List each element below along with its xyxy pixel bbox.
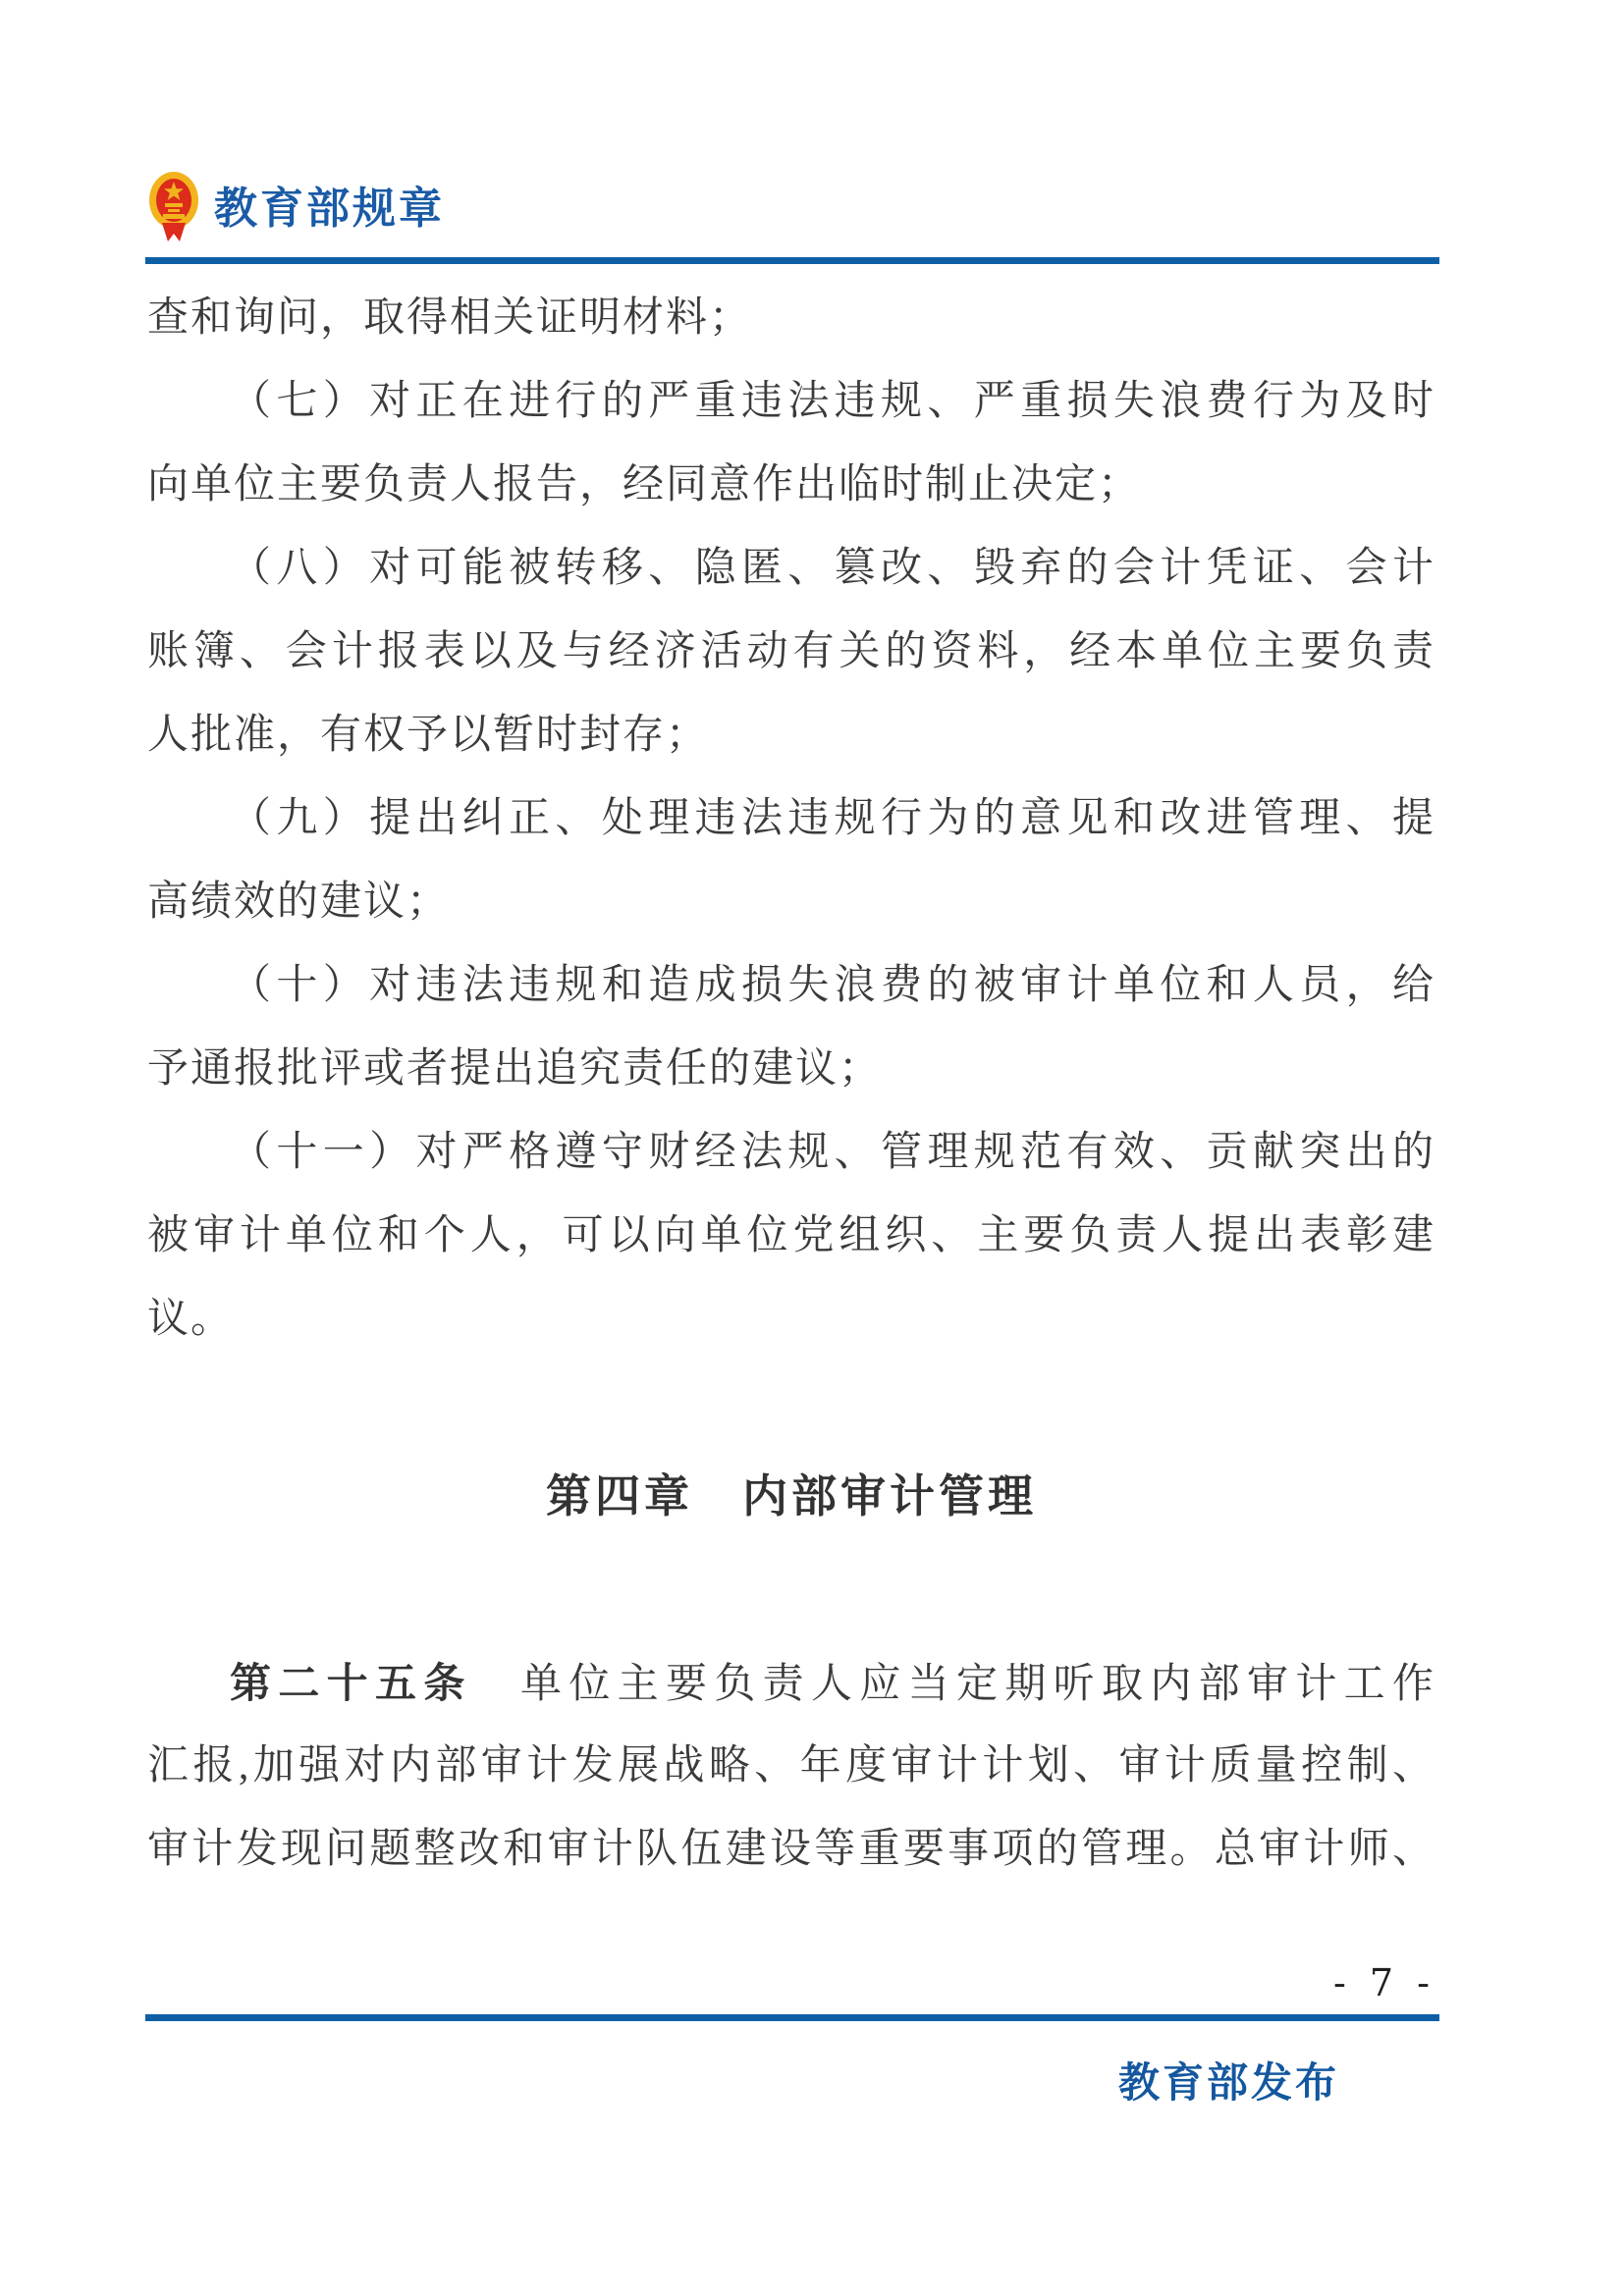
text-line: 查和询问，取得相关证明材料； <box>147 277 1435 360</box>
text-line: 账簿、会计报表以及与经济活动有关的资料，经本单位主要负责 <box>147 611 1435 694</box>
text-line: 被审计单位和个人，可以向单位党组织、主要负责人提出表彰建 <box>147 1195 1435 1278</box>
page-header: 教育部规章 <box>147 171 445 243</box>
text-line: 高绩效的建议； <box>147 861 1435 944</box>
text-line: 向单位主要负责人报告，经同意作出临时制止决定； <box>147 444 1435 527</box>
header-rule <box>145 257 1439 264</box>
text-line: 予通报批评或者提出追究责任的建议； <box>147 1028 1435 1111</box>
article-continuation: 汇报,加强对内部审计发展战略、年度审计计划、审计质量控制、审计发现问题整改和审计… <box>147 1725 1435 1892</box>
text-line: 人批准，有权予以暂时封存； <box>147 694 1435 777</box>
article-number: 第二十五条 <box>230 1660 472 1706</box>
page-title: 教育部规章 <box>214 184 445 231</box>
article-first-line: 第二十五条 单位主要负责人应当定期听取内部审计工作 <box>147 1641 1435 1725</box>
text-line: （九）提出纠正、处理违法违规行为的意见和改进管理、提 <box>147 777 1435 861</box>
text-line: 审计发现问题整改和审计队伍建设等重要事项的管理。总审计师、 <box>147 1808 1435 1892</box>
footer-rule <box>145 2014 1439 2021</box>
text-line: 议。 <box>147 1278 1435 1362</box>
text-line: （十）对违法违规和造成损失浪费的被审计单位和人员，给 <box>147 944 1435 1028</box>
article-first-line-text: 单位主要负责人应当定期听取内部审计工作 <box>472 1662 1435 1707</box>
text-line: 汇报,加强对内部审计发展战略、年度审计计划、审计质量控制、 <box>147 1725 1435 1808</box>
document-page: 教育部规章 查和询问，取得相关证明材料；（七）对正在进行的严重违法违规、严重损失… <box>0 0 1624 2296</box>
document-body: 查和询问，取得相关证明材料；（七）对正在进行的严重违法违规、严重损失浪费行为及时… <box>147 277 1435 1892</box>
body-paragraphs: 查和询问，取得相关证明材料；（七）对正在进行的严重违法违规、严重损失浪费行为及时… <box>147 277 1435 1362</box>
page-number: - 7 - <box>1333 1963 1435 2002</box>
text-line: （八）对可能被转移、隐匿、篡改、毁弃的会计凭证、会计 <box>147 527 1435 611</box>
text-line: （十一）对严格遵守财经法规、管理规范有效、贡献突出的 <box>147 1111 1435 1195</box>
chapter-heading: 第四章 内部审计管理 <box>147 1455 1435 1538</box>
publisher-label: 教育部发布 <box>1118 2059 1339 2107</box>
national-emblem-icon <box>147 171 200 243</box>
article-paragraph: 第二十五条 单位主要负责人应当定期听取内部审计工作 汇报,加强对内部审计发展战略… <box>147 1641 1435 1892</box>
text-line: （七）对正在进行的严重违法违规、严重损失浪费行为及时 <box>147 360 1435 444</box>
